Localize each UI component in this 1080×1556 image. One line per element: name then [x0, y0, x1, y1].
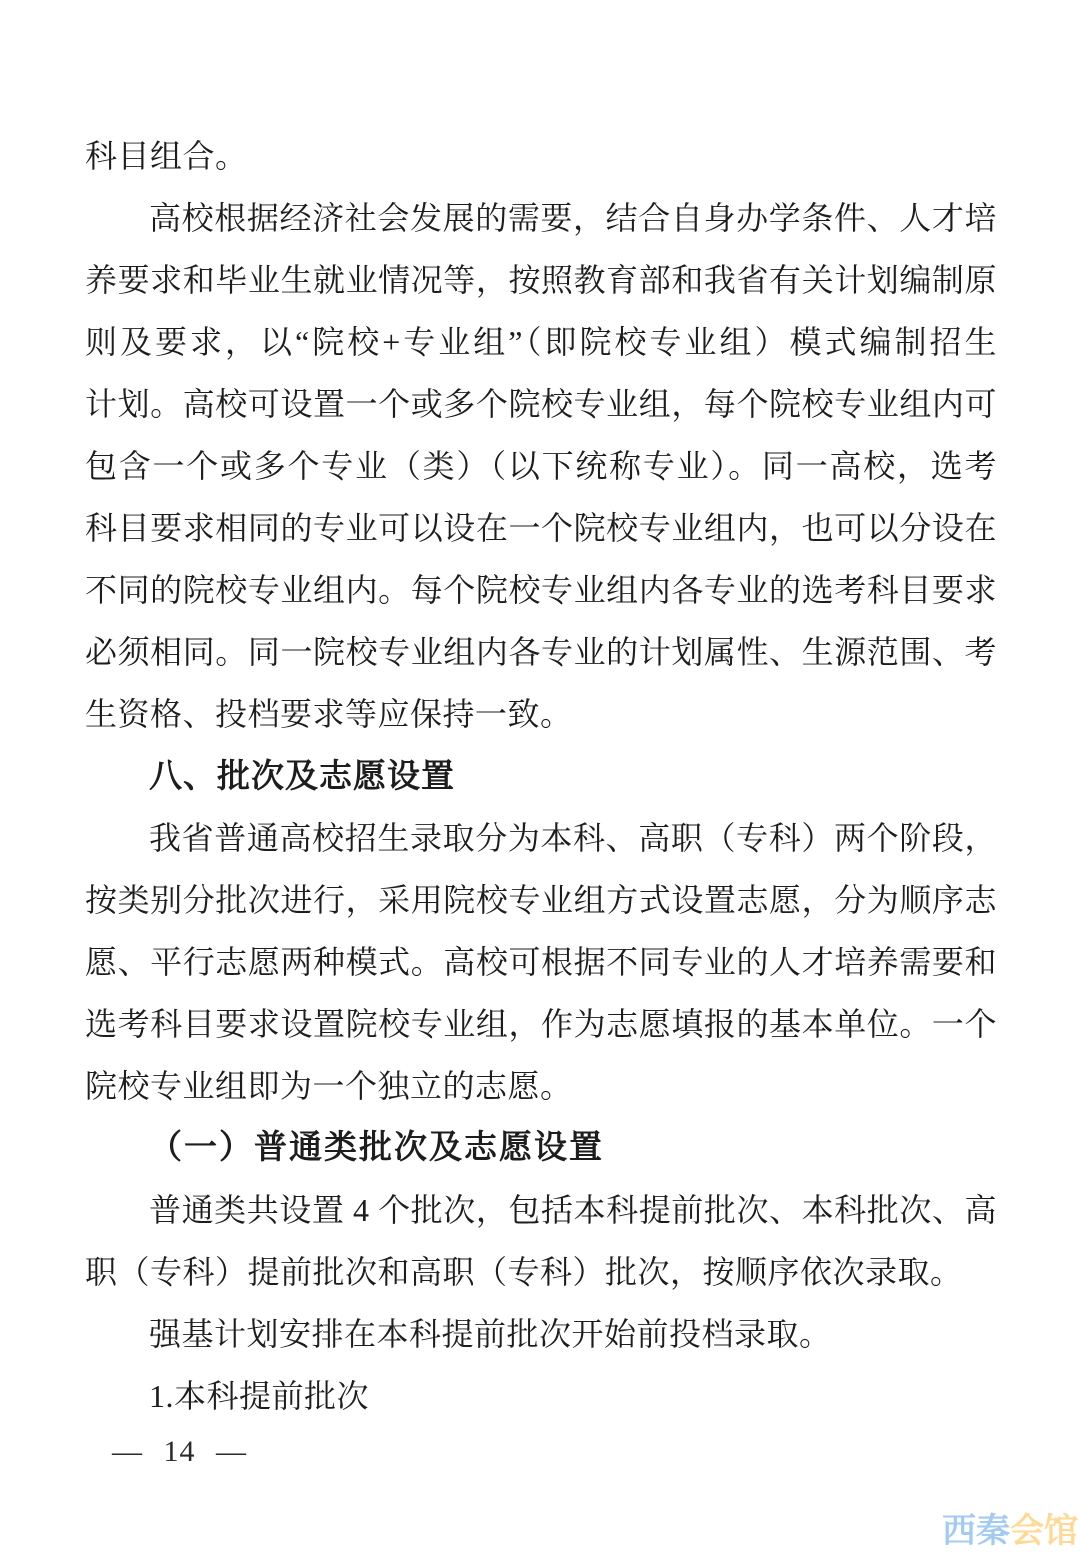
watermark-logo: 西秦会馆: [942, 1514, 1078, 1548]
numbered-item-heading: 1.本科提前批次: [85, 1365, 997, 1427]
text-line: 包含一个或多个专业（类）（以下统称专业）。同一高校，选考: [85, 435, 997, 497]
text-line: 按类别分批次进行，采用院校专业组方式设置志愿，分为顺序志: [85, 869, 997, 931]
subsection-heading: （一）普通类批次及志愿设置: [85, 1117, 997, 1179]
text-line: 愿、平行志愿两种模式。高校可根据不同专业的人才培养需要和: [85, 931, 997, 993]
page-number: — 14 —: [112, 1428, 247, 1476]
text-line: 科目要求相同的专业可以设在一个院校专业组内，也可以分设在: [85, 497, 997, 559]
text-line: 生资格、投档要求等应保持一致。: [85, 683, 997, 745]
text-line: 高校根据经济社会发展的需要，结合自身办学条件、人才培: [85, 187, 997, 249]
text-line: 必须相同。同一院校专业组内各专业的计划属性、生源范围、考: [85, 621, 997, 683]
text-line: 养要求和毕业生就业情况等，按照教育部和我省有关计划编制原: [85, 249, 997, 311]
text-line: 不同的院校专业组内。每个院校专业组内各专业的选考科目要求: [85, 559, 997, 621]
watermark-part-orange: 会馆: [1010, 1512, 1078, 1550]
text-line: 计划。高校可设置一个或多个院校专业组，每个院校专业组内可: [85, 373, 997, 435]
text-line: 选考科目要求设置院校专业组，作为志愿填报的基本单位。一个: [85, 993, 997, 1055]
text-line: 职（专科）提前批次和高职（专科）批次，按顺序依次录取。: [85, 1241, 997, 1303]
text-line: 则及要求，以“院校+专业组”（即院校专业组）模式编制招生: [85, 311, 997, 373]
document-page: 科目组合。高校根据经济社会发展的需要，结合自身办学条件、人才培养要求和毕业生就业…: [0, 0, 1080, 1556]
text-line: 强基计划安排在本科提前批次开始前投档录取。: [85, 1303, 997, 1365]
text-line: 普通类共设置 4 个批次，包括本科提前批次、本科批次、高: [85, 1179, 997, 1241]
text-line: 我省普通高校招生录取分为本科、高职（专科）两个阶段，: [85, 807, 997, 869]
text-line: 院校专业组即为一个独立的志愿。: [85, 1055, 997, 1117]
text-line: 科目组合。: [85, 125, 997, 187]
watermark-part-blue: 西秦: [942, 1512, 1010, 1550]
document-content: 科目组合。高校根据经济社会发展的需要，结合自身办学条件、人才培养要求和毕业生就业…: [85, 125, 997, 1427]
section-heading: 八、批次及志愿设置: [85, 745, 997, 807]
